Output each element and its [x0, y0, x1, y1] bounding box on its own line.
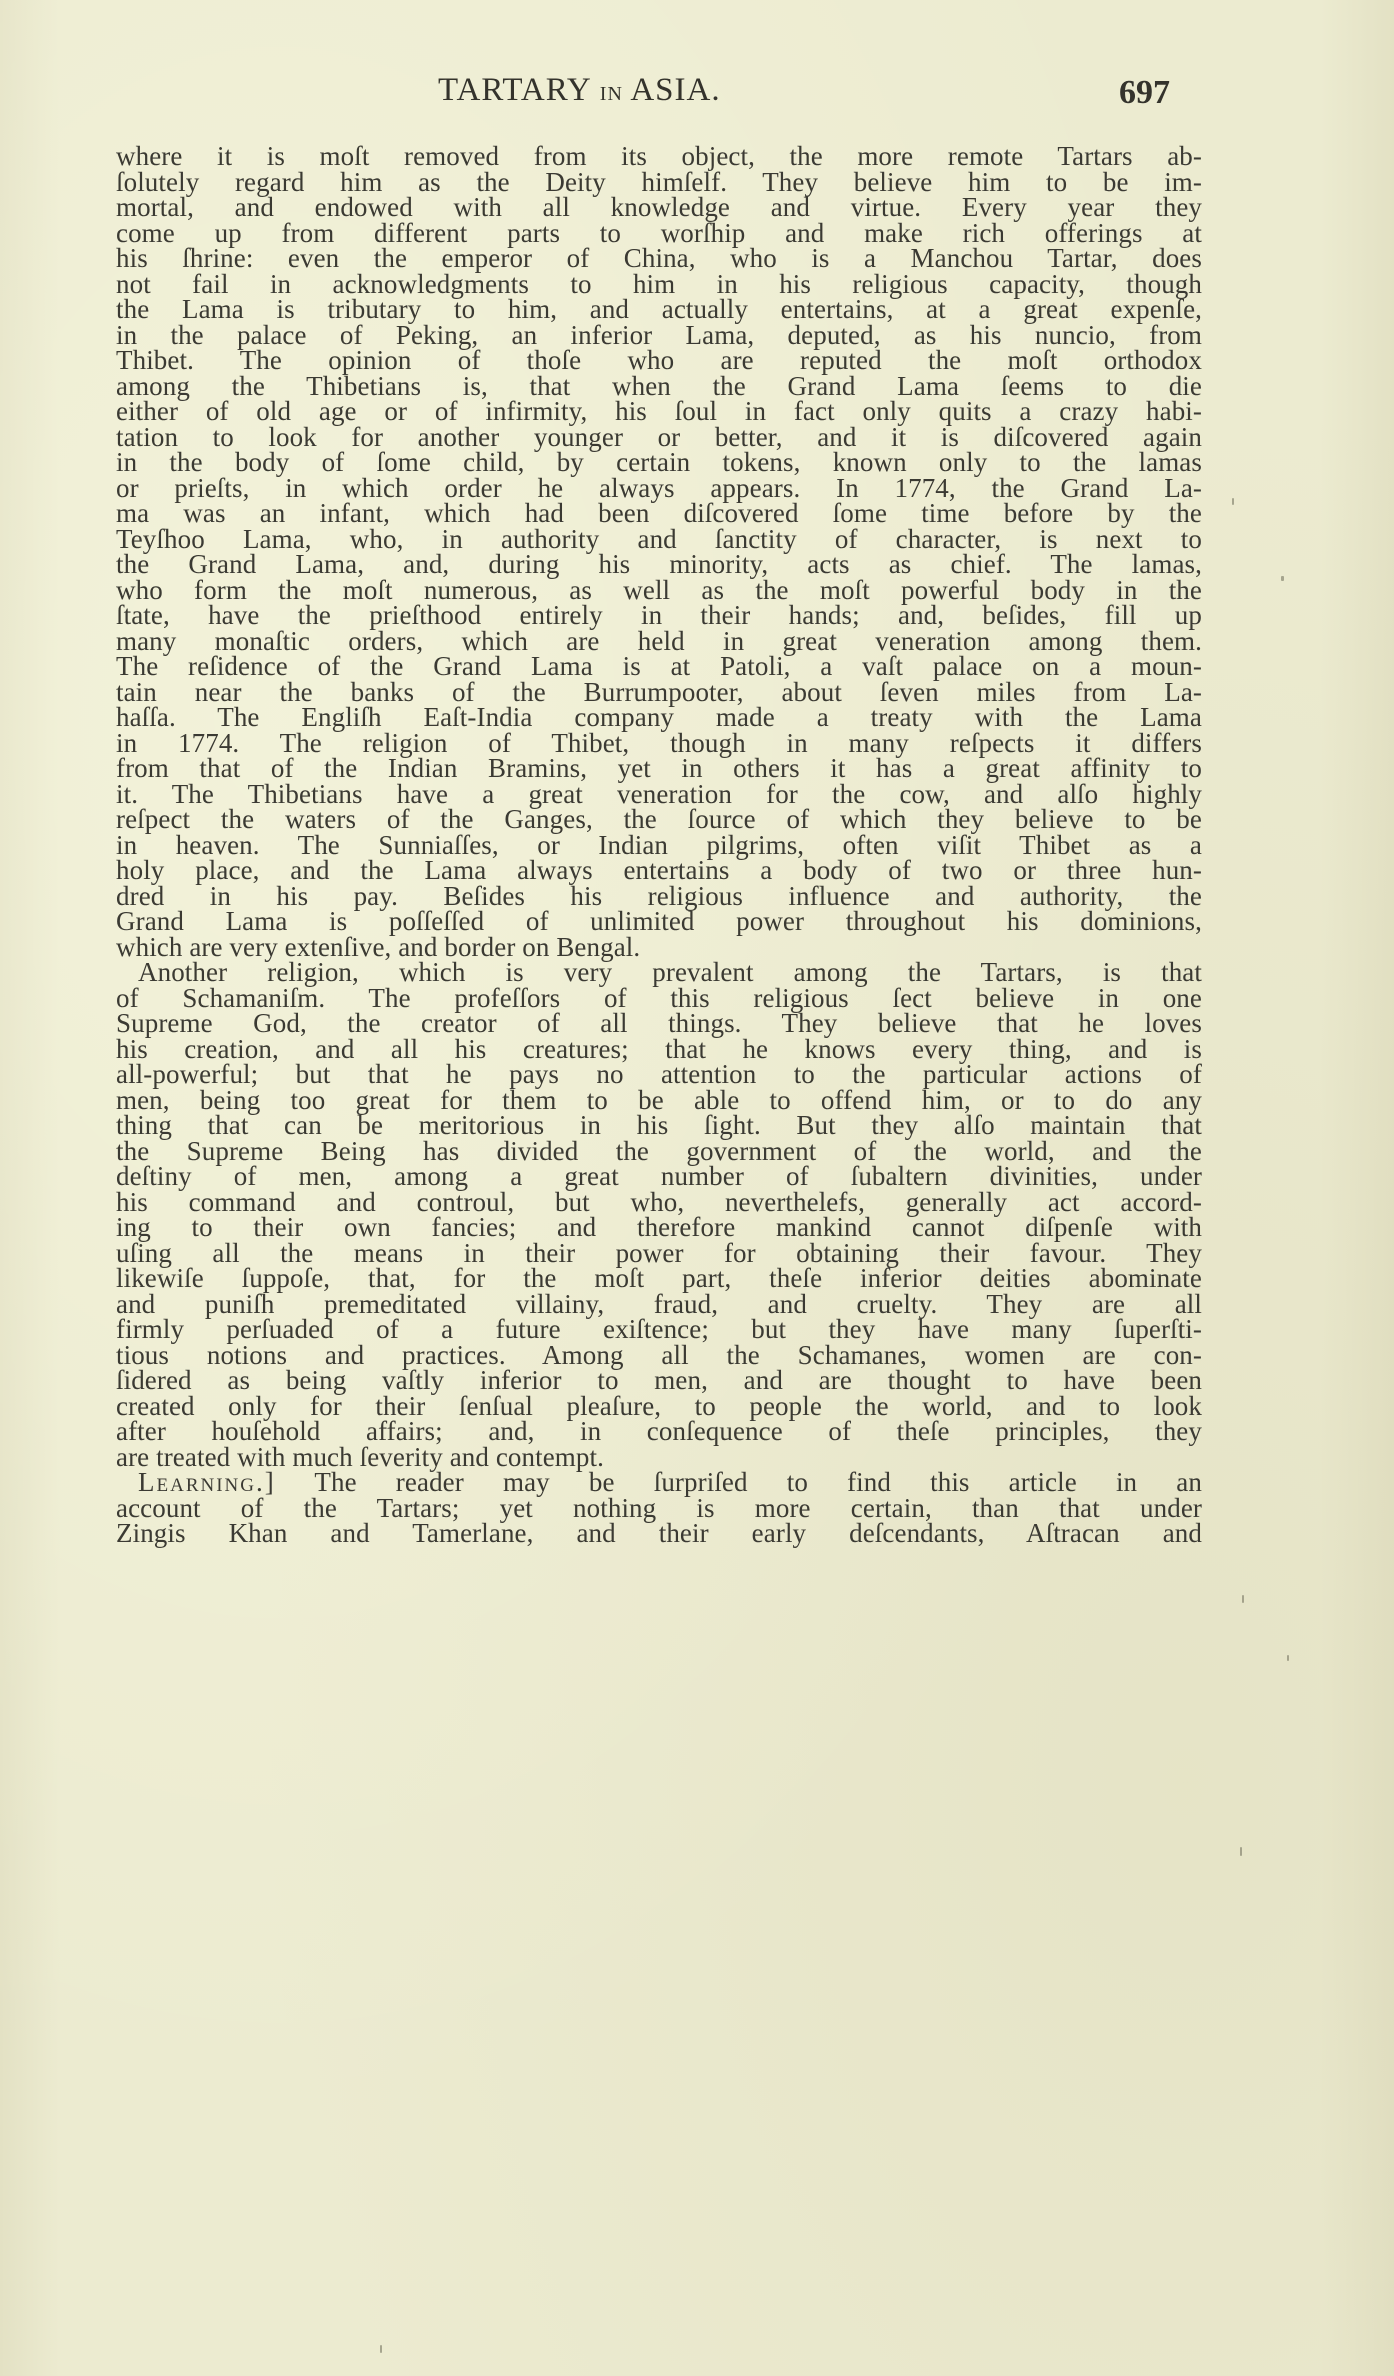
paper-speck: [1242, 1595, 1244, 1603]
title-end: ASIA.: [630, 72, 720, 108]
paragraph: where it is moſt removed from its object…: [116, 144, 1202, 960]
paper-speck: [1287, 1655, 1289, 1661]
paper-speck: [1232, 498, 1234, 505]
page-number: 697: [1119, 74, 1170, 112]
title-main: TARTARY: [438, 72, 591, 108]
book-page: TARTARY IN ASIA. 697 where it is moſt re…: [0, 0, 1394, 2376]
running-head: TARTARY IN ASIA. 697: [0, 66, 1394, 116]
title-small-word: IN: [600, 83, 623, 105]
paragraph: Learning.] The reader may be ſurpriſed t…: [116, 1470, 1202, 1547]
paragraph: Another religion, which is very prevalen…: [116, 960, 1202, 1470]
line-text: Zingis Khan and Tamerlane, and their ear…: [116, 1518, 1202, 1548]
paper-speck: [380, 2345, 382, 2353]
paper-speck: [1281, 576, 1284, 581]
text-line: Zingis Khan and Tamerlane, and their ear…: [116, 1521, 1202, 1547]
body-text: where it is moſt removed from its object…: [116, 144, 1202, 1547]
paper-speck: [1240, 1847, 1242, 1856]
running-head-title: TARTARY IN ASIA.: [438, 72, 721, 109]
